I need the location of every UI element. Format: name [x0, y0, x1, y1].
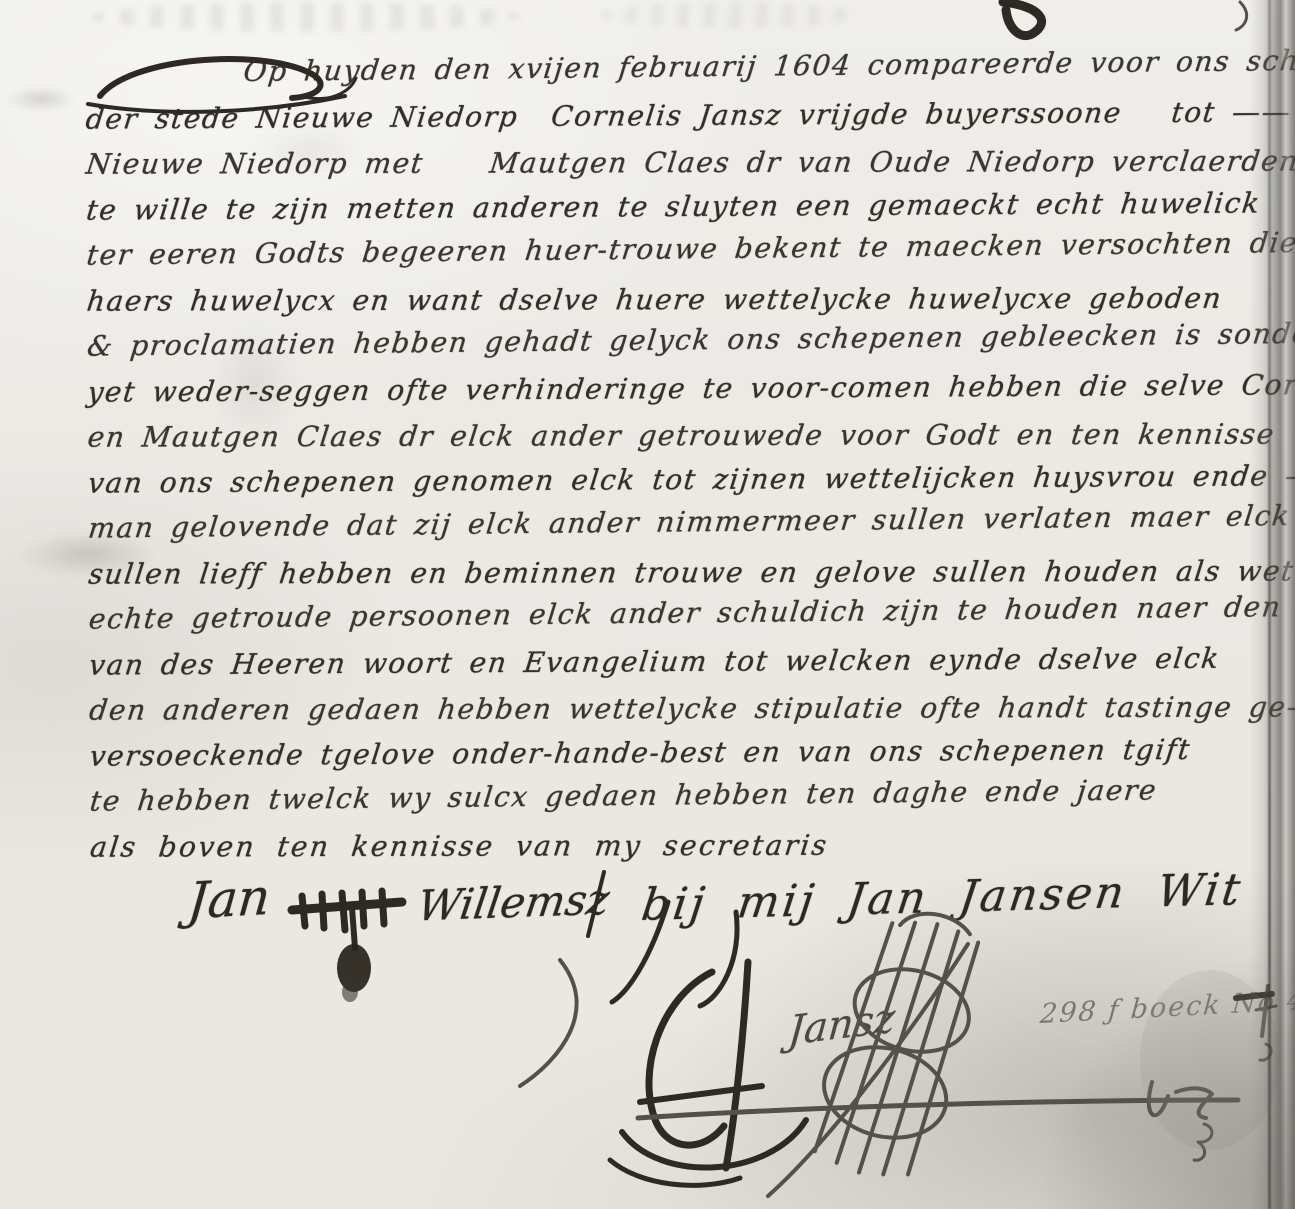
attestation-tail-flourishes [520, 902, 737, 1086]
bleed-through-smudge [90, 2, 520, 32]
manuscript-line-8: yet weder-seggen ofte verhinderinge te v… [85, 362, 1275, 415]
signer-handmark-icon [292, 891, 402, 1002]
manuscript-line-14: van des Heeren woort en Evangelium tot w… [87, 635, 1277, 688]
ink-drip-blot [337, 944, 371, 992]
secretary-paraph-name: Jansz [786, 995, 897, 1055]
corner-shadow [1035, 949, 1295, 1209]
manuscript-line-18: als boven ten kennisse van my secretaris [88, 821, 1278, 870]
manuscript-page: Op huyden den xvijen februarij 1604 comp… [0, 0, 1295, 1209]
record-text-block: Op huyden den xvijen februarij 1604 comp… [86, 43, 1276, 869]
monogram-diagonal-stroke [768, 944, 968, 1196]
signature-jan-surname: Willemsz [415, 875, 613, 931]
secretary-attestation: bij mij Jan Jansen Wit [639, 864, 1246, 931]
manuscript-line-15: den anderen gedaen hebben wettelycke sti… [87, 684, 1277, 733]
manuscript-line-3: Nieuwe Niedorp met Mautgen Claes dr van … [83, 139, 1273, 188]
large-paraph-flourish [610, 962, 806, 1185]
manuscript-line-9: en Mautgen Claes dr elck ander getrouwed… [85, 412, 1275, 461]
manuscript-line-1: Op huyden den xvijen februarij 1604 comp… [83, 38, 1274, 96]
manuscript-line-2: der stede Nieuwe Niedorp Cornelis Jansz … [83, 89, 1273, 142]
signature-jan-first-name: Jan [186, 868, 273, 931]
bleed-through-smudge [6, 86, 76, 112]
bleed-through-smudge [600, 2, 860, 28]
top-ink-blot [1003, 2, 1247, 36]
